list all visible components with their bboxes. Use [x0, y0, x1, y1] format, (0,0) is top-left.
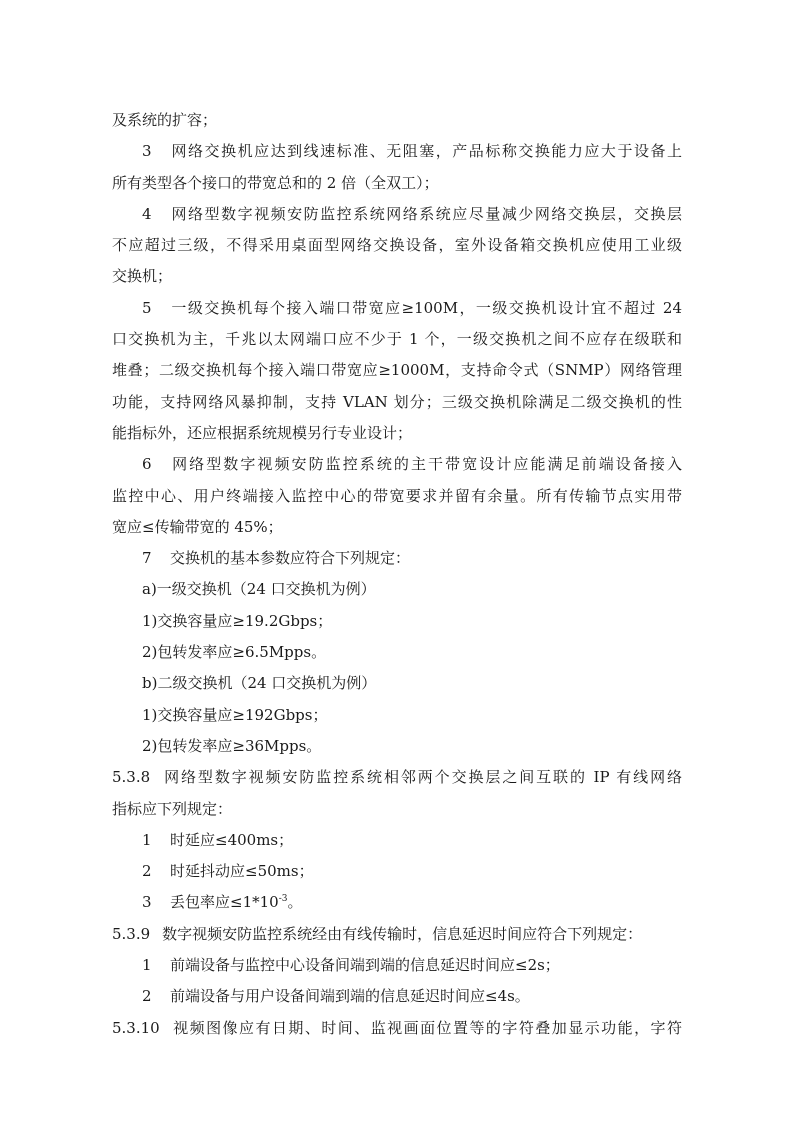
text-line: 宽应≤传输带宽的 45%； [112, 515, 682, 546]
text-line: 口交换机为主，千兆以太网端口应不少于 1 个，一级交换机之间不应存在级联和 [112, 327, 682, 358]
text-line: 指标应下列规定： [112, 797, 682, 828]
list-item-2: 2时延抖动应≤50ms； [112, 859, 682, 890]
sub-item-a: a)一级交换机（24 口交换机为例） [112, 577, 682, 608]
text-line: 交换机； [112, 264, 682, 295]
section-5-3-10: 5.3.10视频图像应有日期、时间、监视画面位置等的字符叠加显示功能，字符 [112, 1016, 682, 1047]
list-item-3: 3丢包率应≤1*10-3。 [112, 890, 682, 921]
text-line: 不应超过三级，不得采用桌面型网络交换设备，室外设备箱交换机应使用工业级 [112, 233, 682, 264]
sub-item-b-1: 1)交换容量应≥192Gbps； [112, 703, 682, 734]
text-line: 堆叠；二级交换机每个接入端口带宽应≥1000M，支持命令式（SNMP）网络管理 [112, 358, 682, 389]
sub-item-a-2: 2)包转发率应≥6.5Mpps。 [112, 640, 682, 671]
text-line: 监控中心、用户终端接入监控中心的带宽要求并留有余量。所有传输节点实用带 [112, 484, 682, 515]
list-item-3: 3网络交换机应达到线速标准、无阻塞，产品标称交换能力应大于设备上 [112, 139, 682, 170]
document-page: 及系统的扩容； 3网络交换机应达到线速标准、无阻塞，产品标称交换能力应大于设备上… [112, 108, 682, 1047]
sub-item-a-1: 1)交换容量应≥19.2Gbps； [112, 609, 682, 640]
text-line: 功能，支持网络风暴抑制，支持 VLAN 划分；三级交换机除满足二级交换机的性 [112, 390, 682, 421]
sub-item-b-2: 2)包转发率应≥36Mpps。 [112, 734, 682, 765]
sub-item-b: b)二级交换机（24 口交换机为例） [112, 671, 682, 702]
text-line: 能指标外，还应根据系统规模另行专业设计； [112, 421, 682, 452]
list-item-1: 1时延应≤400ms； [112, 828, 682, 859]
section-5-3-8: 5.3.8网络型数字视频安防监控系统相邻两个交换层之间互联的 IP 有线网络 [112, 765, 682, 796]
section-5-3-9: 5.3.9数字视频安防监控系统经由有线传输时，信息延迟时间应符合下列规定： [112, 922, 682, 953]
list-item-4: 4网络型数字视频安防监控系统网络系统应尽量减少网络交换层，交换层 [112, 202, 682, 233]
list-item-5: 5一级交换机每个接入端口带宽应≥100M，一级交换机设计宜不超过 24 [112, 296, 682, 327]
list-item-2: 2前端设备与用户设备间端到端的信息延迟时间应≤4s。 [112, 984, 682, 1015]
text-line: 及系统的扩容； [112, 108, 682, 139]
list-item-6: 6网络型数字视频安防监控系统的主干带宽设计应能满足前端设备接入 [112, 452, 682, 483]
list-item-7: 7交换机的基本参数应符合下列规定： [112, 546, 682, 577]
text-line: 所有类型各个接口的带宽总和的 2 倍（全双工）； [112, 171, 682, 202]
list-item-1: 1前端设备与监控中心设备间端到端的信息延迟时间应≤2s； [112, 953, 682, 984]
